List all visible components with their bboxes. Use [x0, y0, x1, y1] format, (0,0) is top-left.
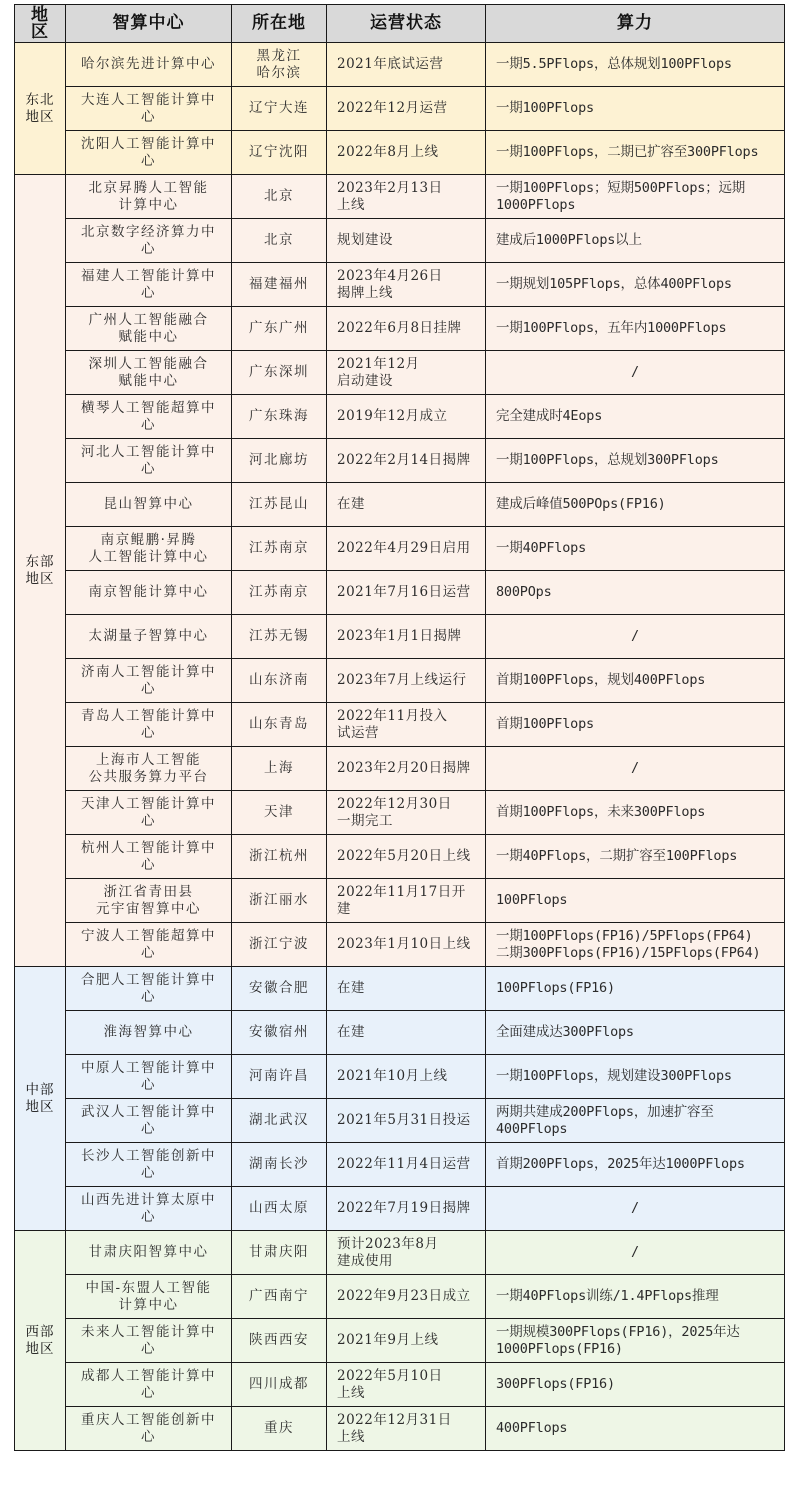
status-cell: 2022年9月23日成立	[327, 1275, 486, 1319]
status-cell: 2022年6月8日挂牌	[327, 307, 486, 351]
center-name-cell: 甘肃庆阳智算中心	[66, 1231, 232, 1275]
computing-power-cell: 一期100PFlops，总规划300PFlops	[486, 439, 785, 483]
location-cell: 广东深圳	[232, 351, 327, 395]
status-cell: 2021年7月16日运营	[327, 571, 486, 615]
ai-computing-centers-table: 地区 智算中心 所在地 运营状态 算力 东北 地区哈尔滨先进计算中心黑龙江 哈尔…	[14, 4, 785, 1451]
computing-power-cell: 一期40PFlops训练/1.4PFlops推理	[486, 1275, 785, 1319]
center-name-cell: 成都人工智能计算中心	[66, 1363, 232, 1407]
center-name-cell: 杭州人工智能计算中心	[66, 835, 232, 879]
center-name-cell: 南京鲲鹏·昇腾 人工智能计算中心	[66, 527, 232, 571]
table-row: 太湖量子智算中心江苏无锡2023年1月1日揭牌/	[15, 615, 785, 659]
table-row: 横琴人工智能超算中心广东珠海2019年12月成立完全建成时4Eops	[15, 395, 785, 439]
status-cell: 在建	[327, 483, 486, 527]
table-row: 中原人工智能计算中心河南许昌2021年10月上线一期100PFlops，规划建设…	[15, 1055, 785, 1099]
location-cell: 广东广州	[232, 307, 327, 351]
computing-power-cell: 首期100PFlops，规划400PFlops	[486, 659, 785, 703]
status-cell: 预计2023年8月 建成使用	[327, 1231, 486, 1275]
region-cell-northeast: 东北 地区	[15, 43, 66, 175]
center-name-cell: 太湖量子智算中心	[66, 615, 232, 659]
center-name-cell: 沈阳人工智能计算中心	[66, 131, 232, 175]
center-name-cell: 深圳人工智能融合 赋能中心	[66, 351, 232, 395]
center-name-cell: 武汉人工智能计算中心	[66, 1099, 232, 1143]
region-cell-central: 中部 地区	[15, 967, 66, 1231]
status-cell: 2023年2月20日揭牌	[327, 747, 486, 791]
table-row: 宁波人工智能超算中心浙江宁波2023年1月10日上线一期100PFlops(FP…	[15, 923, 785, 967]
center-name-cell: 天津人工智能计算中心	[66, 791, 232, 835]
center-name-cell: 浙江省青田县 元宇宙智算中心	[66, 879, 232, 923]
location-cell: 广东珠海	[232, 395, 327, 439]
computing-power-cell: 100PFlops	[486, 879, 785, 923]
computing-power-cell: /	[486, 747, 785, 791]
location-cell: 天津	[232, 791, 327, 835]
status-cell: 2022年8月上线	[327, 131, 486, 175]
location-cell: 北京	[232, 175, 327, 219]
table-row: 东北 地区哈尔滨先进计算中心黑龙江 哈尔滨2021年底试运营一期5.5PFlop…	[15, 43, 785, 87]
table-row: 沈阳人工智能计算中心辽宁沈阳2022年8月上线一期100PFlops，二期已扩容…	[15, 131, 785, 175]
location-cell: 江苏南京	[232, 527, 327, 571]
table-row: 武汉人工智能计算中心湖北武汉2021年5月31日投运两期共建成200PFlops…	[15, 1099, 785, 1143]
location-cell: 陕西西安	[232, 1319, 327, 1363]
location-cell: 江苏南京	[232, 571, 327, 615]
computing-power-cell: 两期共建成200PFlops，加速扩容至 400PFlops	[486, 1099, 785, 1143]
table-row: 深圳人工智能融合 赋能中心广东深圳2021年12月 启动建设/	[15, 351, 785, 395]
computing-power-cell: 建成后峰值500POps(FP16)	[486, 483, 785, 527]
center-name-cell: 河北人工智能计算中心	[66, 439, 232, 483]
location-cell: 辽宁沈阳	[232, 131, 327, 175]
status-cell: 2021年10月上线	[327, 1055, 486, 1099]
computing-power-cell: 一期100PFlops；短期500PFlops；远期 1000PFlops	[486, 175, 785, 219]
table-row: 昆山智算中心江苏昆山在建建成后峰值500POps(FP16)	[15, 483, 785, 527]
center-name-cell: 大连人工智能计算中心	[66, 87, 232, 131]
center-name-cell: 哈尔滨先进计算中心	[66, 43, 232, 87]
table-row: 杭州人工智能计算中心浙江杭州2022年5月20日上线一期40PFlops，二期扩…	[15, 835, 785, 879]
center-name-cell: 长沙人工智能创新中心	[66, 1143, 232, 1187]
status-cell: 2022年12月30日 一期完工	[327, 791, 486, 835]
status-cell: 2023年7月上线运行	[327, 659, 486, 703]
computing-power-cell: 一期100PFlops，规划建设300PFlops	[486, 1055, 785, 1099]
status-cell: 2022年2月14日揭牌	[327, 439, 486, 483]
table-row: 重庆人工智能创新中心重庆2022年12月31日 上线400PFlops	[15, 1407, 785, 1451]
status-cell: 2022年5月10日 上线	[327, 1363, 486, 1407]
location-cell: 广西南宁	[232, 1275, 327, 1319]
table-row: 南京鲲鹏·昇腾 人工智能计算中心江苏南京2022年4月29日启用一期40PFlo…	[15, 527, 785, 571]
center-name-cell: 宁波人工智能超算中心	[66, 923, 232, 967]
table-row: 南京智能计算中心江苏南京2021年7月16日运营800POps	[15, 571, 785, 615]
computing-power-cell: 首期100PFlops，未来300PFlops	[486, 791, 785, 835]
header-location: 所在地	[232, 5, 327, 43]
status-cell: 2022年11月投入 试运营	[327, 703, 486, 747]
location-cell: 福建福州	[232, 263, 327, 307]
table-row: 福建人工智能计算中心福建福州2023年4月26日 揭牌上线一期规划105PFlo…	[15, 263, 785, 307]
computing-power-cell: 首期200PFlops，2025年达1000PFlops	[486, 1143, 785, 1187]
location-cell: 四川成都	[232, 1363, 327, 1407]
header-computing-power: 算力	[486, 5, 785, 43]
computing-power-cell: 一期规划105PFlops，总体400PFlops	[486, 263, 785, 307]
table-row: 西部 地区甘肃庆阳智算中心甘肃庆阳预计2023年8月 建成使用/	[15, 1231, 785, 1275]
computing-power-cell: 400PFlops	[486, 1407, 785, 1451]
location-cell: 浙江丽水	[232, 879, 327, 923]
table-row: 天津人工智能计算中心天津2022年12月30日 一期完工首期100PFlops，…	[15, 791, 785, 835]
status-cell: 2023年1月1日揭牌	[327, 615, 486, 659]
location-cell: 北京	[232, 219, 327, 263]
center-name-cell: 北京数字经济算力中心	[66, 219, 232, 263]
table-row: 北京数字经济算力中心北京规划建设建成后1000PFlops以上	[15, 219, 785, 263]
computing-power-cell: 首期100PFlops	[486, 703, 785, 747]
status-cell: 2019年12月成立	[327, 395, 486, 439]
table-row: 上海市人工智能 公共服务算力平台上海2023年2月20日揭牌/	[15, 747, 785, 791]
header-status: 运营状态	[327, 5, 486, 43]
table-body: 东北 地区哈尔滨先进计算中心黑龙江 哈尔滨2021年底试运营一期5.5PFlop…	[15, 43, 785, 1451]
computing-power-cell: 一期100PFlops，二期已扩容至300PFlops	[486, 131, 785, 175]
location-cell: 湖南长沙	[232, 1143, 327, 1187]
status-cell: 规划建设	[327, 219, 486, 263]
table-row: 山西先进计算太原中心山西太原2022年7月19日揭牌/	[15, 1187, 785, 1231]
region-cell-west: 西部 地区	[15, 1231, 66, 1451]
center-name-cell: 淮海智算中心	[66, 1011, 232, 1055]
location-cell: 安徽宿州	[232, 1011, 327, 1055]
center-name-cell: 上海市人工智能 公共服务算力平台	[66, 747, 232, 791]
location-cell: 辽宁大连	[232, 87, 327, 131]
status-cell: 2022年12月运营	[327, 87, 486, 131]
computing-power-cell: 800POps	[486, 571, 785, 615]
table-row: 中国-东盟人工智能 计算中心广西南宁2022年9月23日成立一期40PFlops…	[15, 1275, 785, 1319]
location-cell: 湖北武汉	[232, 1099, 327, 1143]
computing-power-cell: /	[486, 1231, 785, 1275]
table-row: 中部 地区合肥人工智能计算中心安徽合肥在建100PFlops(FP16)	[15, 967, 785, 1011]
header-row: 地区 智算中心 所在地 运营状态 算力	[15, 5, 785, 43]
table-row: 东部 地区北京昇腾人工智能 计算中心北京2023年2月13日 上线一期100PF…	[15, 175, 785, 219]
location-cell: 河南许昌	[232, 1055, 327, 1099]
table-row: 淮海智算中心安徽宿州在建全面建成达300PFlops	[15, 1011, 785, 1055]
region-cell-east: 东部 地区	[15, 175, 66, 967]
location-cell: 浙江杭州	[232, 835, 327, 879]
computing-power-cell: 全面建成达300PFlops	[486, 1011, 785, 1055]
center-name-cell: 合肥人工智能计算中心	[66, 967, 232, 1011]
status-cell: 2021年5月31日投运	[327, 1099, 486, 1143]
status-cell: 2022年5月20日上线	[327, 835, 486, 879]
location-cell: 黑龙江 哈尔滨	[232, 43, 327, 87]
computing-power-cell: /	[486, 615, 785, 659]
computing-power-cell: 建成后1000PFlops以上	[486, 219, 785, 263]
status-cell: 2023年1月10日上线	[327, 923, 486, 967]
table-row: 青岛人工智能计算中心山东青岛2022年11月投入 试运营首期100PFlops	[15, 703, 785, 747]
table-row: 成都人工智能计算中心四川成都2022年5月10日 上线300PFlops(FP1…	[15, 1363, 785, 1407]
center-name-cell: 未来人工智能计算中心	[66, 1319, 232, 1363]
header-region: 地区	[15, 5, 66, 43]
location-cell: 上海	[232, 747, 327, 791]
center-name-cell: 中原人工智能计算中心	[66, 1055, 232, 1099]
computing-power-cell: /	[486, 351, 785, 395]
center-name-cell: 横琴人工智能超算中心	[66, 395, 232, 439]
center-name-cell: 中国-东盟人工智能 计算中心	[66, 1275, 232, 1319]
table-row: 济南人工智能计算中心山东济南2023年7月上线运行首期100PFlops，规划4…	[15, 659, 785, 703]
header-center: 智算中心	[66, 5, 232, 43]
center-name-cell: 济南人工智能计算中心	[66, 659, 232, 703]
location-cell: 河北廊坊	[232, 439, 327, 483]
table-row: 未来人工智能计算中心陕西西安2021年9月上线一期规模300PFlops(FP1…	[15, 1319, 785, 1363]
center-name-cell: 青岛人工智能计算中心	[66, 703, 232, 747]
location-cell: 甘肃庆阳	[232, 1231, 327, 1275]
computing-power-cell: 一期100PFlops	[486, 87, 785, 131]
status-cell: 2022年4月29日启用	[327, 527, 486, 571]
location-cell: 江苏昆山	[232, 483, 327, 527]
location-cell: 江苏无锡	[232, 615, 327, 659]
status-cell: 2023年4月26日 揭牌上线	[327, 263, 486, 307]
center-name-cell: 北京昇腾人工智能 计算中心	[66, 175, 232, 219]
computing-power-cell: 完全建成时4Eops	[486, 395, 785, 439]
location-cell: 重庆	[232, 1407, 327, 1451]
computing-power-cell: /	[486, 1187, 785, 1231]
status-cell: 2022年11月17日开建	[327, 879, 486, 923]
computing-power-cell: 一期规模300PFlops(FP16)，2025年达 1000PFlops(FP…	[486, 1319, 785, 1363]
table-row: 广州人工智能融合 赋能中心广东广州2022年6月8日挂牌一期100PFlops，…	[15, 307, 785, 351]
status-cell: 2022年7月19日揭牌	[327, 1187, 486, 1231]
status-cell: 在建	[327, 1011, 486, 1055]
location-cell: 山东济南	[232, 659, 327, 703]
computing-power-cell: 一期100PFlops(FP16)/5PFlops(FP64) 二期300PFl…	[486, 923, 785, 967]
location-cell: 山西太原	[232, 1187, 327, 1231]
table-row: 河北人工智能计算中心河北廊坊2022年2月14日揭牌一期100PFlops，总规…	[15, 439, 785, 483]
table-row: 大连人工智能计算中心辽宁大连2022年12月运营一期100PFlops	[15, 87, 785, 131]
computing-power-cell: 一期100PFlops，五年内1000PFlops	[486, 307, 785, 351]
status-cell: 2022年11月4日运营	[327, 1143, 486, 1187]
center-name-cell: 福建人工智能计算中心	[66, 263, 232, 307]
computing-power-cell: 一期40PFlops	[486, 527, 785, 571]
center-name-cell: 重庆人工智能创新中心	[66, 1407, 232, 1451]
status-cell: 2021年12月 启动建设	[327, 351, 486, 395]
table-row: 浙江省青田县 元宇宙智算中心浙江丽水2022年11月17日开建100PFlops	[15, 879, 785, 923]
location-cell: 浙江宁波	[232, 923, 327, 967]
computing-power-cell: 100PFlops(FP16)	[486, 967, 785, 1011]
status-cell: 在建	[327, 967, 486, 1011]
center-name-cell: 南京智能计算中心	[66, 571, 232, 615]
status-cell: 2023年2月13日 上线	[327, 175, 486, 219]
computing-power-cell: 300PFlops(FP16)	[486, 1363, 785, 1407]
computing-power-cell: 一期5.5PFlops，总体规划100PFlops	[486, 43, 785, 87]
center-name-cell: 山西先进计算太原中心	[66, 1187, 232, 1231]
status-cell: 2021年9月上线	[327, 1319, 486, 1363]
location-cell: 山东青岛	[232, 703, 327, 747]
center-name-cell: 昆山智算中心	[66, 483, 232, 527]
computing-power-cell: 一期40PFlops，二期扩容至100PFlops	[486, 835, 785, 879]
table-row: 长沙人工智能创新中心湖南长沙2022年11月4日运营首期200PFlops，20…	[15, 1143, 785, 1187]
status-cell: 2021年底试运营	[327, 43, 486, 87]
center-name-cell: 广州人工智能融合 赋能中心	[66, 307, 232, 351]
status-cell: 2022年12月31日 上线	[327, 1407, 486, 1451]
location-cell: 安徽合肥	[232, 967, 327, 1011]
